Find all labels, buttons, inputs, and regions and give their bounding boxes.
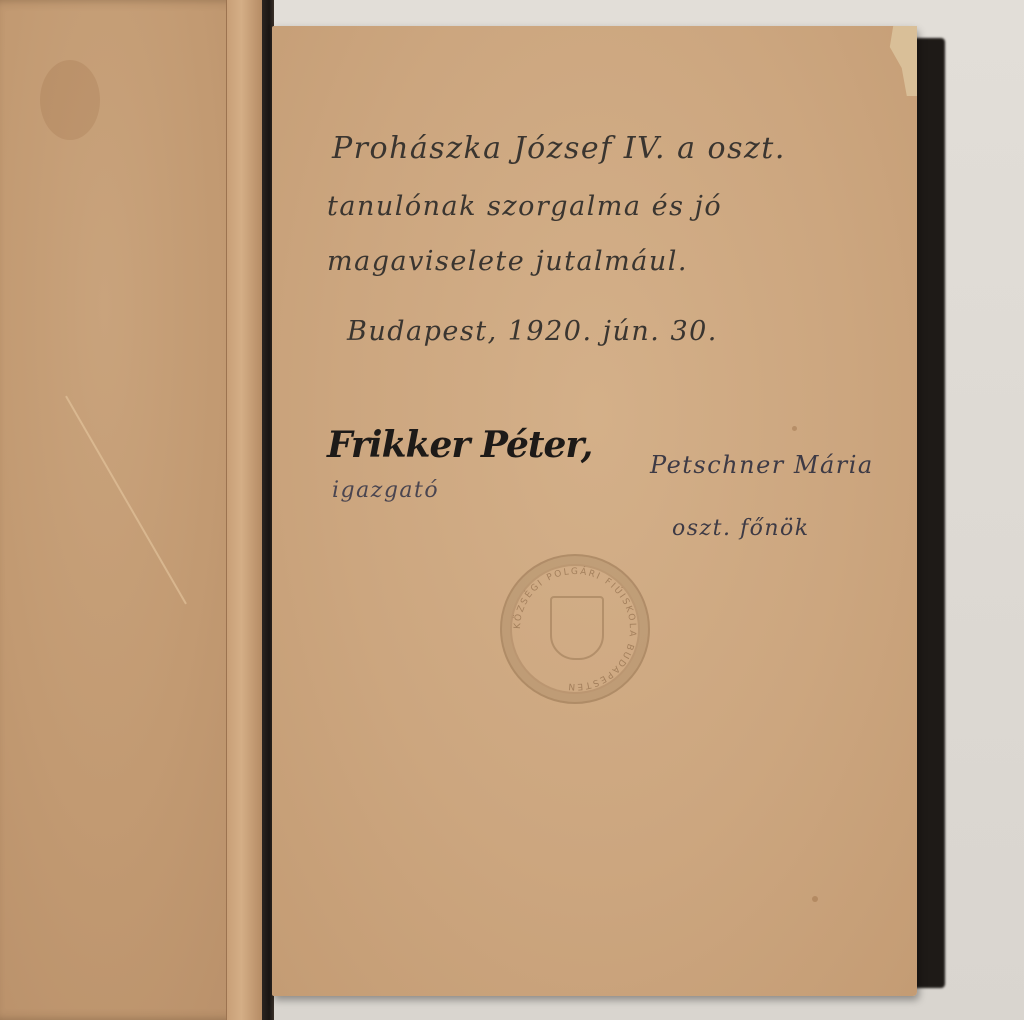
- coat-of-arms-icon: [550, 596, 604, 660]
- inscription-line-1: Prohászka József IV. a oszt.: [332, 131, 786, 166]
- stain: [40, 60, 100, 140]
- director-role: igazgató: [332, 478, 439, 503]
- inscription-line-2: tanulónak szorgalma és jó: [327, 191, 722, 222]
- teacher-role: oszt. főnök: [672, 516, 810, 541]
- embossed-seal: KÖZSÉGI POLGÁRI FIÚISKOLA BUDAPESTEN: [500, 554, 650, 704]
- director-signature: Frikker Péter,: [327, 424, 592, 466]
- right-page: Prohászka József IV. a oszt. tanulónak s…: [272, 26, 917, 996]
- left-page: [0, 0, 262, 1020]
- stain: [812, 896, 818, 902]
- page-crease: [65, 396, 187, 605]
- torn-page-edge: [226, 0, 263, 1020]
- worn-corner: [883, 26, 917, 96]
- inscription-line-3: magaviselete jutalmául.: [327, 246, 688, 277]
- stain: [792, 426, 797, 431]
- inscription-date: Budapest, 1920. jún. 30.: [347, 316, 718, 347]
- teacher-signature: Petschner Mária: [650, 451, 874, 479]
